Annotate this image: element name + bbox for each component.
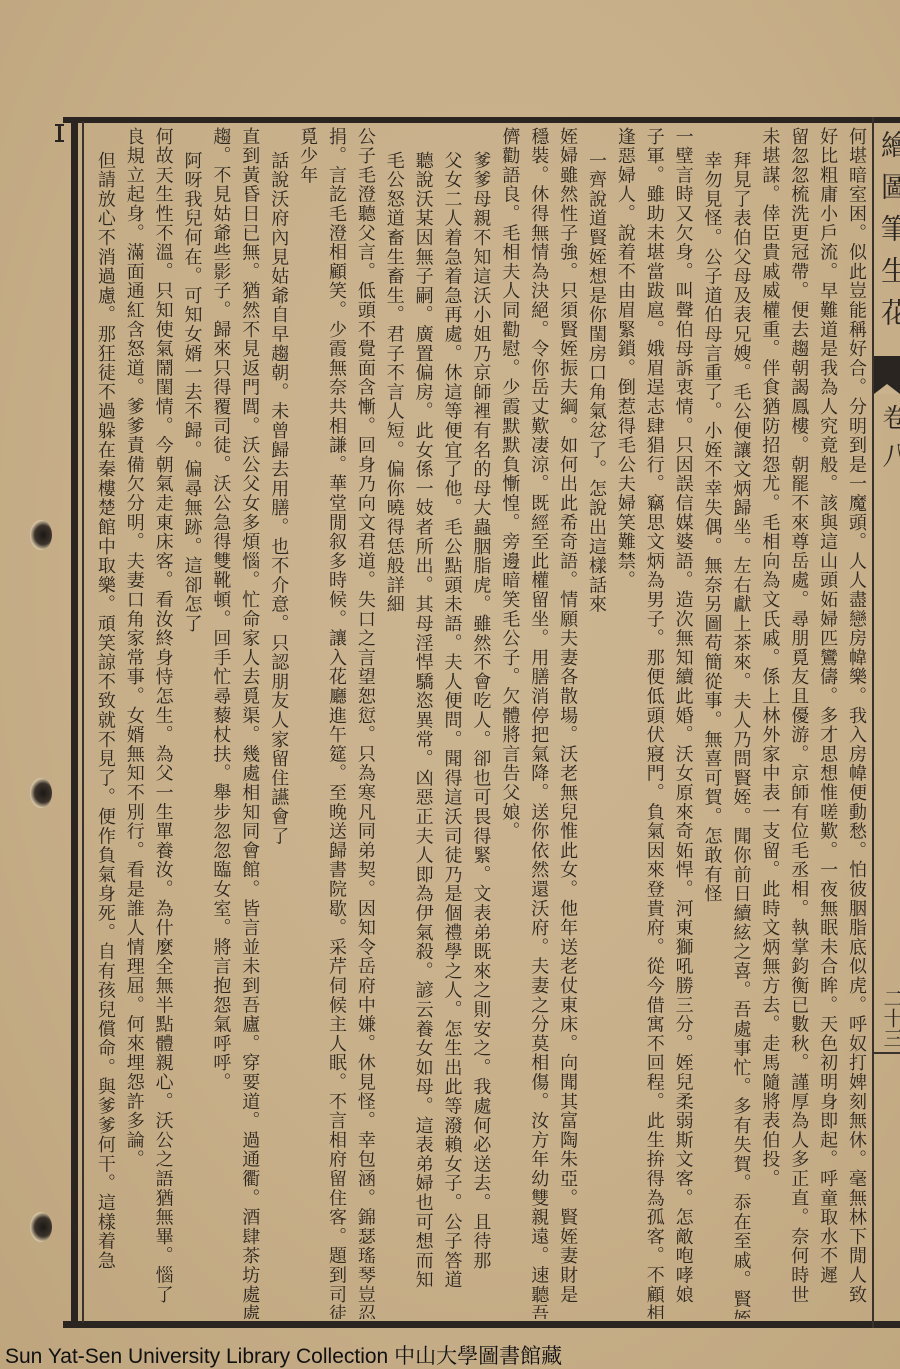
binding-hole [30,520,52,550]
left-border-thick [71,117,78,1328]
text-column: 一壁言時又欠身。叫聲伯母訴衷情。只因誤信媒婆語。造次無知續此婚。沃女原來奇妬悍。… [668,127,697,1319]
volume-label: 卷八 [879,404,900,480]
bottom-border [63,1321,900,1328]
text-column: 父女二人着急着急再處。休這等便宜了他。毛公點頭未語。夫人便問。聞得這沃司徒乃是個… [437,127,466,1319]
top-border [63,117,900,123]
text-column: 姪婦雖然性子強。只須賢姪振夫綱。如何出此希奇語。情願夫妻各散場。沃老無兒惟此女。… [552,127,581,1319]
header-page-separator [873,1052,900,1054]
text-column: 但請放心不消過慮。那狂徒不過躲在秦樓楚館中取樂。頑笑諒不致就不見了。便作負氣身死… [90,127,119,1319]
text-column: 留忽忽梳洗更冠帶。便去趨朝謁鳳樓。朝罷不來尊岳處。尋朋覓友且優游。京師有位毛丞相… [783,127,812,1319]
text-column: 子軍。雖助未堪當跋扈。娥眉逞志肆猖行。竊思文炳為男子。那便低頭伏寢門。負氣因來登… [639,127,668,1319]
fishtail-mark [874,356,900,394]
text-column: 公子毛澄聽父言。低頭不覺面含慚。回身乃向文君道。失口之言望恕愆。只為寒凡同弟契。… [350,127,379,1319]
text-column: 儕勸語良。毛相夫人同勸慰。少霞默默負慚惶。旁邊暗笑毛公子。欠體將言告父娘。 [494,127,523,1319]
collection-caption: Sun Yat-Sen University Library Collectio… [5,1340,562,1369]
header-column-divider [872,117,874,1328]
text-column: 趨。不見姑爺些影子。歸來只得覆司徒。沃公急得雙靴頓。回手忙尋藜杖扶。舉步忽忽臨女… [206,127,235,1319]
text-column: 拜見了表伯父母及表兄嫂。毛公便讓文炳歸坐。左右獻上茶來。夫人乃問賢姪。聞你前日續… [726,127,755,1319]
binding-hole [30,778,52,808]
scanned-book-page: 繪圖筆生花 卷八 二十三 何堪暗室困。似此豈能稱好合。分明到是一魔頭。人人盡戀房… [0,0,900,1369]
text-column: 阿呀我兒何在。可知女婿一去不歸。偏尋無跡。這卻怎了 [177,127,206,1319]
text-column: 毛公怒道畜生畜生。君子不言人短。偏你曉得恁般詳細 [379,127,408,1319]
text-column: 未堪謀。倖臣貴戚威權重。伴食猶防招怨尤。毛相向為文氏戚。係上林外家中表一支留。此… [754,127,783,1319]
text-column: 良規立起身。滿面通紅含怒道。爹爹責備欠分明。夫妻口角家常事。女婿無知不別行。看是… [119,127,148,1319]
text-column: 覓少年 [292,127,321,1319]
text-column: 話說沃府內見姑爺自早趨朝。未曾歸去用膳。也不介意。只認朋友人家留住讌會了 [263,127,292,1319]
text-column: 何故天生性不溫。只知使氣鬧閨情。今朝氣走東床客。看汝終身恃怎生。為父一生單養汝。… [148,127,177,1319]
book-title: 繪圖筆生花 [878,130,900,340]
text-column: 一齊說道賢姪想是你閨房口角氣忿了。怎說出這樣話來 [581,127,610,1319]
text-column: 好比粗庸小戶流。早難道是我為人究竟般。該與這山頭妬婦匹鸞儔。多才思想惟嗟歎。一夜… [812,127,841,1319]
text-column: 爹爹母親不知這沃小姐乃京師裡有名的母大蟲胭脂虎。雖然不會吃人。卻也可畏得緊。文表… [466,127,495,1319]
text-column: 聽說沃某因無子嗣。廣置偏房。此女係一妓者所出。其母淫悍驕恣異常。凶惡正夫人即為伊… [408,127,437,1319]
binding-hole [30,1212,52,1242]
text-column: 幸勿見怪。公子道伯母言重了。小姪不幸失偶。無奈另圖苟簡從事。無喜可賀。怎敢有怪 [697,127,726,1319]
text-column: 何堪暗室困。似此豈能稱好合。分明到是一魔頭。人人盡戀房幃樂。我入房幃便動愁。怕彼… [841,127,870,1319]
text-column: 直到黃昏日已無。猶然不見返門閭。沃公父女多煩惱。忙命家人去覓渠。幾處相知同會館。… [234,127,263,1319]
binding-mark [58,124,61,142]
text-column: 穩裝。休得無情為決絕。令你岳丈歎凄涼。既經至此權留坐。用膳消停把氣降。送你依然還… [523,127,552,1319]
text-column: 逢惡婦人。說着不由眉緊鎖。倒惹得毛公夫婦笑難禁。 [610,127,639,1319]
text-column: 捐。言訖毛澄相顧笑。少霞無奈共相謙。華堂閒叙多時候。讓入花廳進午筵。至晚送歸書院… [321,127,350,1319]
page-number: 二十三 [880,988,900,1048]
main-text-block: 何堪暗室困。似此豈能稱好合。分明到是一魔頭。人人盡戀房幃樂。我入房幃便動愁。怕彼… [89,127,870,1319]
left-border-thin [82,121,84,1323]
